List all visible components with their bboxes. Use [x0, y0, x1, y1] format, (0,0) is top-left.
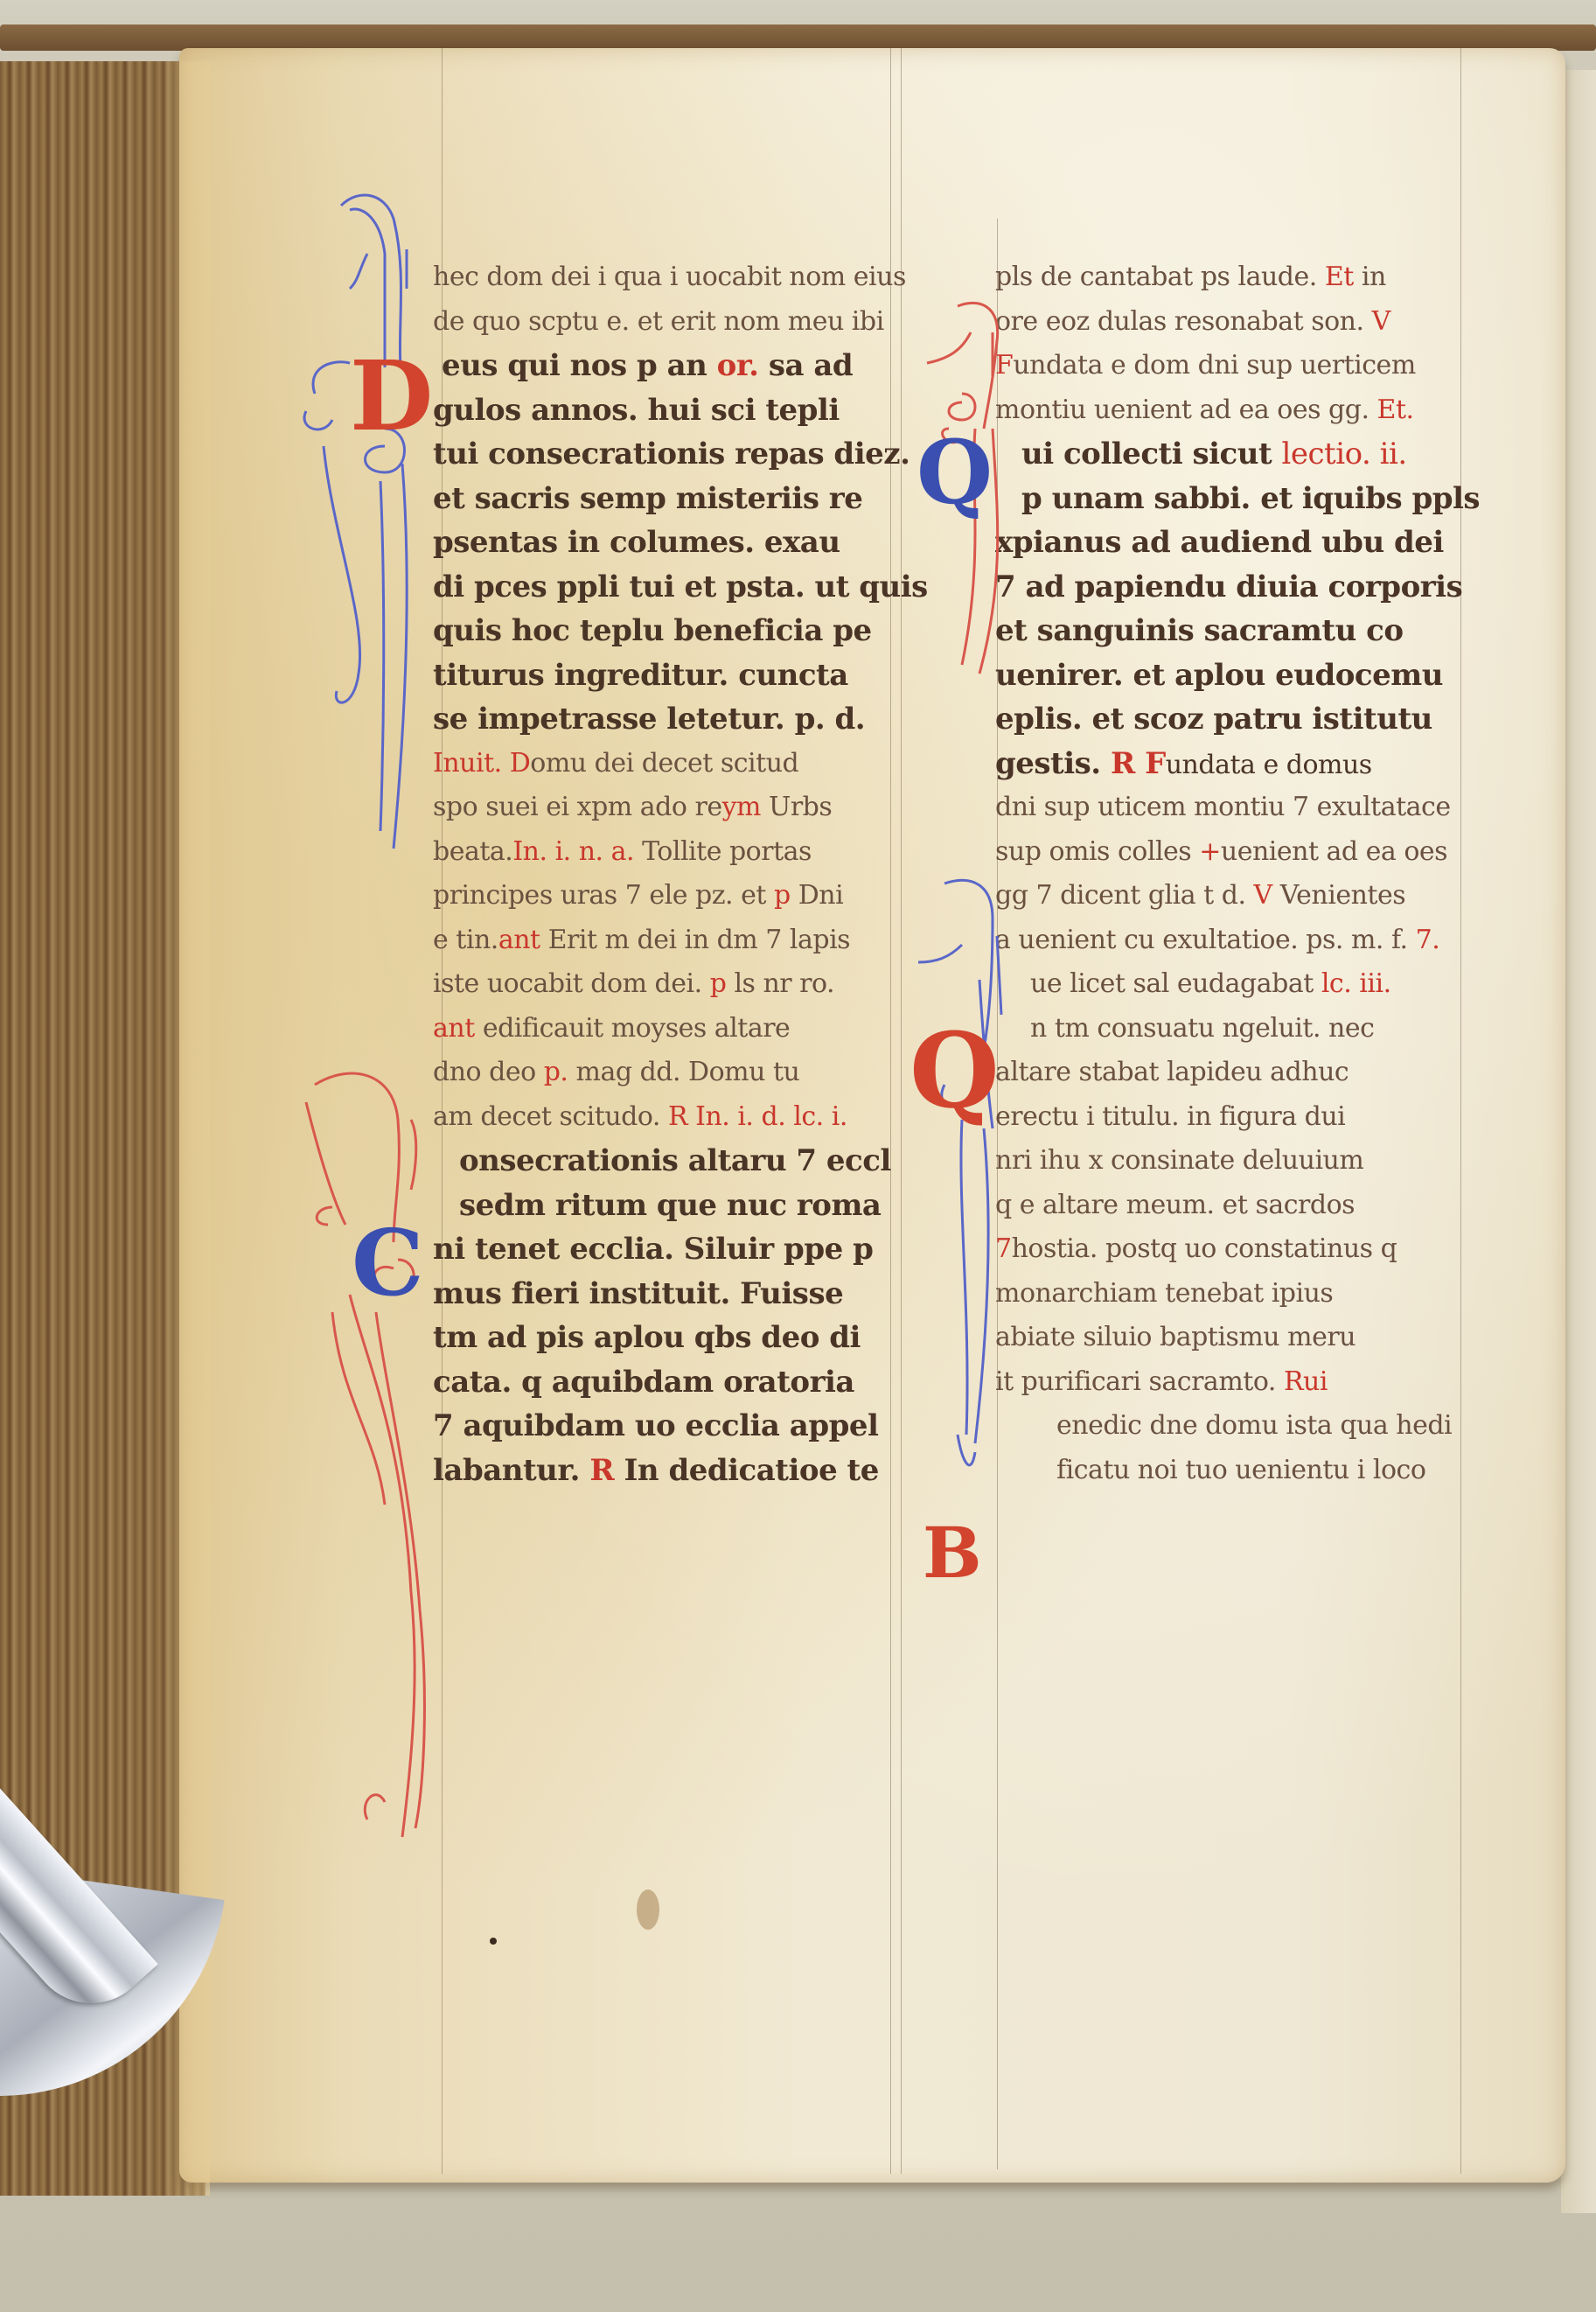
text-line: tm ad pis aplou qbs deo di	[433, 1316, 896, 1360]
text-line: it purificari sacramto. Rui	[995, 1360, 1472, 1405]
text-line: ui collecti sicut lectio. ii.	[995, 432, 1472, 477]
pen-flourish-d	[297, 184, 446, 866]
stain	[637, 1889, 659, 1930]
text-line: am decet scitudo. R In. i. d. lc. i.	[433, 1095, 896, 1140]
text-line: 7hostia. postq uo constatinus q	[995, 1227, 1472, 1272]
text-line: sedm ritum que nuc roma	[433, 1184, 896, 1228]
illuminated-initial-q-blue: Q	[916, 429, 993, 516]
text-line: ficatu noi tuo uenientu i loco	[995, 1449, 1472, 1493]
book-board-top	[0, 24, 1596, 51]
illuminated-initial-q-red: Q	[910, 1019, 1000, 1122]
text-column-1: hec dom dei i qua i uocabit nom eius de …	[433, 255, 896, 1492]
text-line: onsecrationis altaru 7 eccl	[433, 1139, 896, 1184]
text-line: gg 7 dicent glia t d. V Venientes	[995, 874, 1472, 919]
text-line: eplis. et scoz patru istitutu	[995, 697, 1472, 742]
text-line: erectu i titulu. in figura dui	[995, 1095, 1472, 1140]
text-line: gestis. R Fundata e domus	[995, 742, 1472, 786]
text-line: ue licet sal eudagabat lc. iii.	[995, 962, 1472, 1007]
text-line: enedic dne domu ista qua hedi	[995, 1404, 1472, 1449]
text-line: hec dom dei i qua i uocabit nom eius	[433, 255, 896, 300]
text-line: se impetrasse letetur. p. d.	[433, 697, 896, 742]
text-line: dni sup uticem montiu 7 exultatace	[995, 786, 1472, 830]
text-line: 7 ad papiendu diuia corporis	[995, 565, 1472, 610]
text-line: Fundata e dom dni sup uerticem	[995, 344, 1472, 388]
text-line: spo suei ei xpm ado reym Urbs	[433, 786, 896, 830]
text-line: pls de cantabat ps laude. Et in	[995, 255, 1472, 300]
illuminated-initial-d: D	[350, 348, 433, 444]
text-line: tui consecrationis repas diez.	[433, 432, 896, 477]
text-line: labantur. R In dedicatioe te	[433, 1449, 896, 1493]
text-line: p unam sabbi. et iquibs ppls	[995, 477, 1472, 521]
pen-flourish-q2	[910, 875, 1014, 1487]
text-line: quis hoc teplu beneficia pe	[433, 609, 896, 653]
next-leaf-edge	[1561, 70, 1596, 2213]
text-line: ant edificauit moyses altare	[433, 1007, 896, 1051]
text-line: dno deo p. mag dd. Domu tu	[433, 1051, 896, 1095]
text-line: ore eoz dulas resonabat son. V	[995, 300, 1472, 345]
text-line: iste uocabit dom dei. p ls nr ro.	[433, 962, 896, 1007]
text-line: di pces ppli tui et psta. ut quis	[433, 565, 896, 610]
ink-dot	[490, 1938, 497, 1945]
text-column-2: pls de cantabat ps laude. Et in ore eoz …	[995, 255, 1472, 1492]
text-line: mus fieri instituit. Fuisse	[433, 1272, 896, 1317]
text-line: uenirer. et aplou eudocemu	[995, 653, 1472, 698]
text-line: n tm consuatu ngeluit. nec	[995, 1007, 1472, 1051]
page-gutter-shade	[157, 61, 210, 2196]
text-line: beata.In. i. n. a. Tollite portas	[433, 830, 896, 875]
ruling-line	[901, 48, 902, 2174]
text-line: et sacris semp misteriis re	[433, 477, 896, 521]
text-line: ni tenet ecclia. Siluir ppe p	[433, 1227, 896, 1272]
text-line: Inuit. Domu dei decet scitud	[433, 742, 896, 786]
text-line: q e altare meum. et sacrdos	[995, 1184, 1472, 1228]
text-line: 7 aquibdam uo ecclia appel	[433, 1404, 896, 1449]
text-line: abiate siluio baptismu meru	[995, 1316, 1472, 1360]
text-line: gulos annos. hui sci tepli	[433, 388, 896, 433]
text-line: psentas in columes. exau	[433, 520, 896, 565]
text-line: nri ihu x consinate deluuium	[995, 1139, 1472, 1184]
text-line: altare stabat lapideu adhuc	[995, 1051, 1472, 1095]
text-line: montiu uenient ad ea oes gg. Et.	[995, 388, 1472, 433]
text-line: principes uras 7 ele pz. et p Dni	[433, 874, 896, 919]
text-line: monarchiam tenebat ipius	[995, 1272, 1472, 1317]
text-line: sup omis colles +uenient ad ea oes	[995, 830, 1472, 875]
text-line: e tin.ant Erit m dei in dm 7 lapis	[433, 919, 896, 963]
text-line: titurus ingreditur. cuncta	[433, 653, 896, 698]
text-line: de quo scptu e. et erit nom meu ibi	[433, 300, 896, 345]
illuminated-initial-c: C	[352, 1218, 424, 1309]
pen-flourish-c	[297, 1067, 446, 1854]
text-line: cata. q aquibdam oratoria	[433, 1360, 896, 1405]
rubricated-initial-b: B	[923, 1518, 982, 1588]
text-line: a uenient cu exultatioe. ps. m. f. 7.	[995, 919, 1472, 963]
text-line: et sanguinis sacramtu co	[995, 609, 1472, 653]
text-line: eus qui nos p an or. sa ad	[433, 344, 896, 388]
text-line: xpianus ad audiend ubu dei	[995, 520, 1472, 565]
